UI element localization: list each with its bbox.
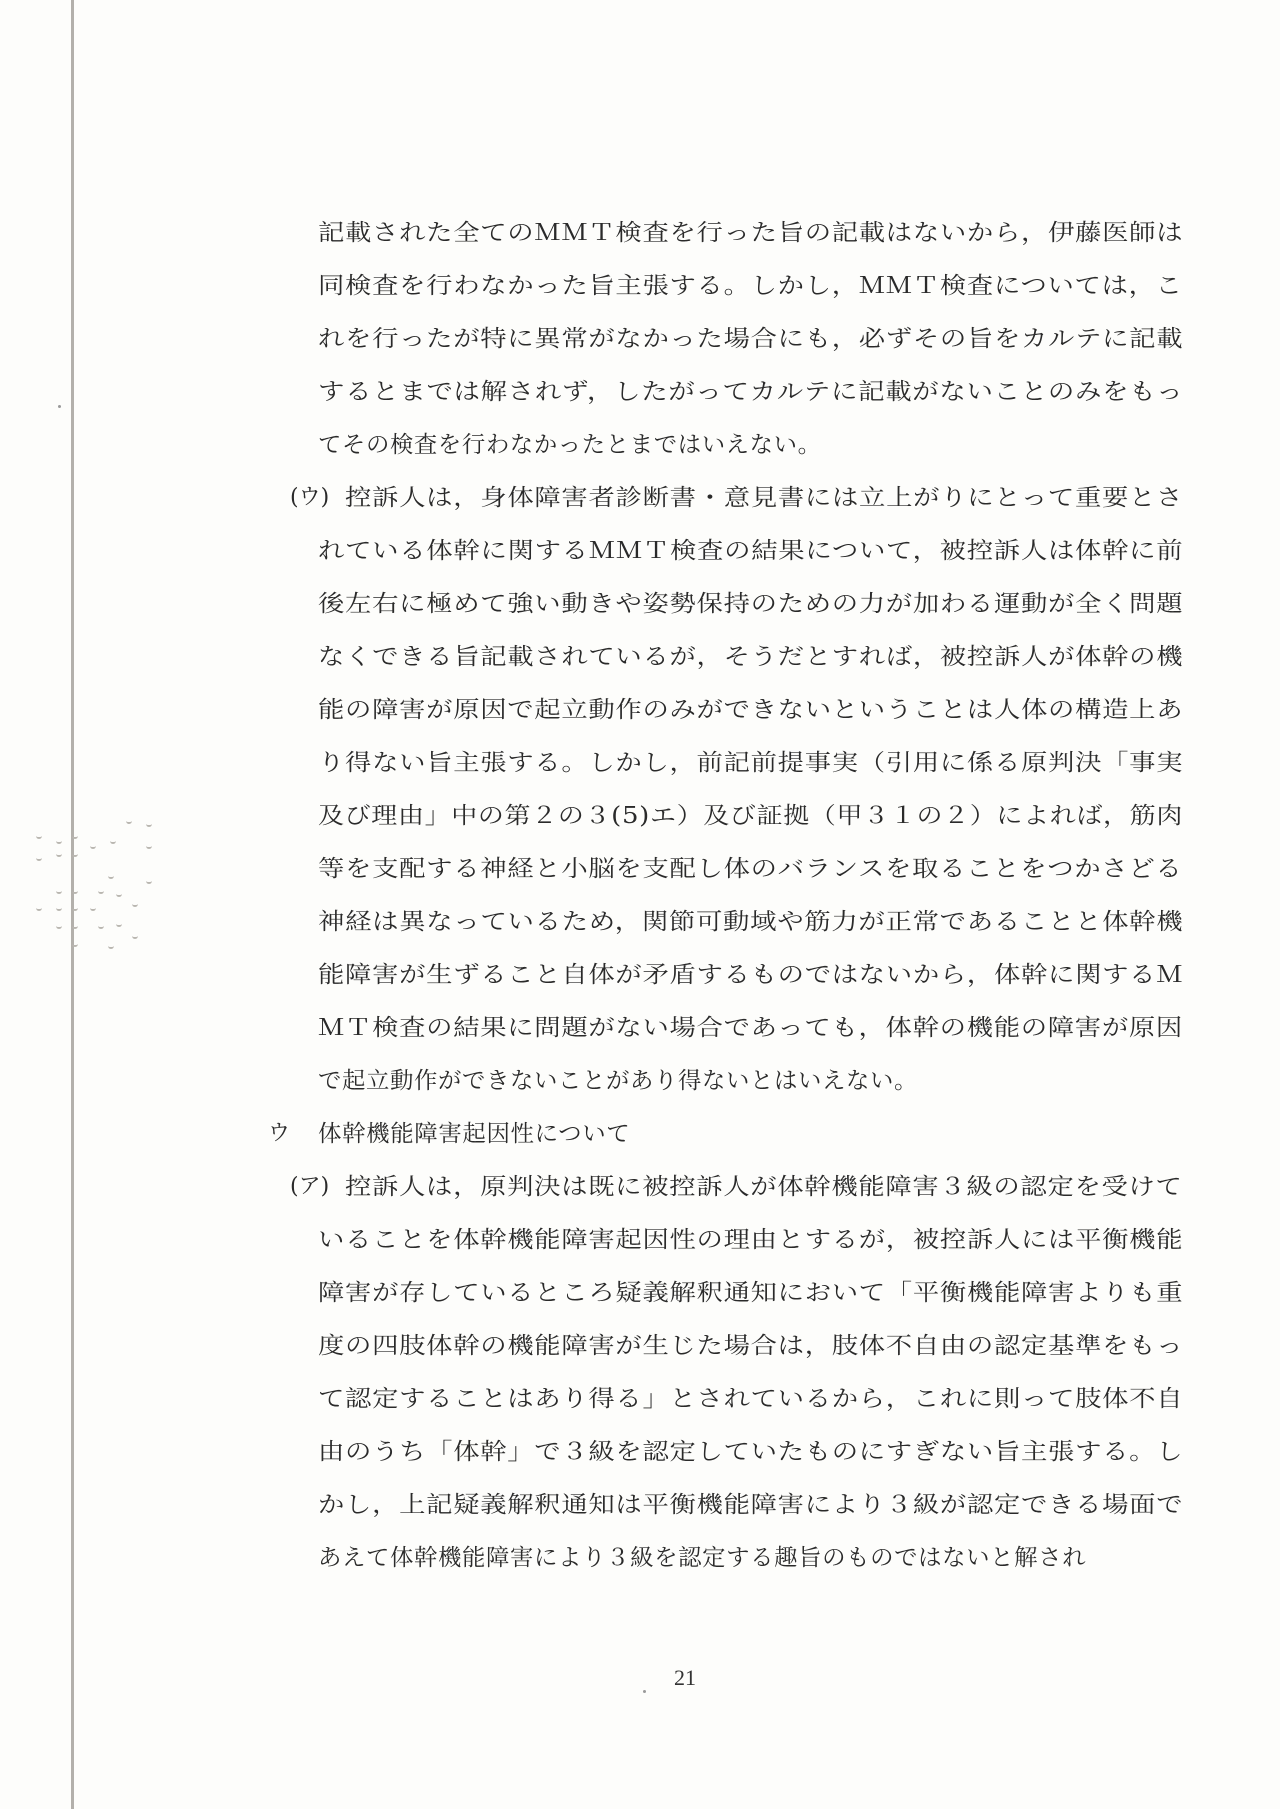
text-line: 等を支配する神経と小脳を支配し体のバランスを取ることをつかさどる [318, 854, 1182, 884]
text-line: 由のうち「体幹」で３級を認定していたものにすぎない旨主張する。し [318, 1437, 1183, 1467]
text-line: て認定することはあり得る」とされているから，これに則って肢体不自 [318, 1384, 1183, 1414]
text-line: 同検査を行わなかった旨主張する。しかし，ＭＭＴ検査については，こ [318, 271, 1183, 301]
text-line: するとまでは解されず，したがってカルテに記載がないことのみをもっ [318, 377, 1183, 407]
text-line: れを行ったが特に異常がなかった場合にも，必ずその旨をカルテに記載 [318, 324, 1183, 354]
text-line: 能の障害が原因で起立動作のみができないということは人体の構造上あ [318, 695, 1183, 725]
text-line: 控訴人は，原判決は既に被控訴人が体幹機能障害３級の認定を受けて [345, 1172, 1183, 1202]
text-line: 記載された全てのＭＭＴ検査を行った旨の記載はないから，伊藤医師は [318, 218, 1183, 248]
document-page: 記載された全てのＭＭＴ検査を行った旨の記載はないから，伊藤医師は同検査を行わなか… [0, 0, 1280, 1809]
text-line: 及び理由」中の第２の３(5)エ）及び証拠（甲３１の２）によれば，筋肉 [318, 801, 1183, 831]
paragraph-marker: ウ [268, 1119, 290, 1149]
text-line: てその検査を行わなかったとまではいえない。 [318, 430, 822, 460]
text-line: 能障害が生ずること自体が矛盾するものではないから，体幹に関するＭ [318, 960, 1183, 990]
paragraph-marker: (ア) [290, 1172, 329, 1202]
text-line: 障害が存しているところ疑義解釈通知において「平衡機能障害よりも重 [318, 1278, 1183, 1308]
section-heading: 体幹機能障害起因性について [318, 1119, 630, 1149]
text-line: れている体幹に関するＭＭＴ検査の結果について，被控訴人は体幹に前 [318, 536, 1183, 566]
paragraph-marker: (ウ) [290, 483, 329, 513]
text-line: なくできる旨記載されているが，そうだとすれば，被控訴人が体幹の機 [318, 642, 1183, 672]
text-line: 神経は異なっているため，関節可動域や筋力が正常であることと体幹機 [318, 907, 1183, 937]
text-line: で起立動作ができないことがあり得ないとはいえない。 [318, 1066, 918, 1096]
text-line: あえて体幹機能障害により３級を認定する趣旨のものではないと解され [318, 1543, 1086, 1573]
page-number: 21 [0, 1665, 1280, 1691]
text-line: 度の四肢体幹の機能障害が生じた場合は，肢体不自由の認定基準をもっ [318, 1331, 1183, 1361]
text-line: 控訴人は，身体障害者診断書・意見書には立上がりにとって重要とさ [345, 483, 1183, 513]
text-line: ＭＴ検査の結果に問題がない場合であっても，体幹の機能の障害が原因 [318, 1013, 1183, 1043]
text-line: かし，上記疑義解釈通知は平衡機能障害により３級が認定できる場面で [318, 1490, 1183, 1520]
text-line: 後左右に極めて強い動きや姿勢保持のための力が加わる運動が全く問題 [318, 589, 1183, 619]
text-line: いることを体幹機能障害起因性の理由とするが，被控訴人には平衡機能 [318, 1225, 1183, 1255]
text-line: り得ない旨主張する。しかし，前記前提事実（引用に係る原判決「事実 [318, 748, 1183, 778]
